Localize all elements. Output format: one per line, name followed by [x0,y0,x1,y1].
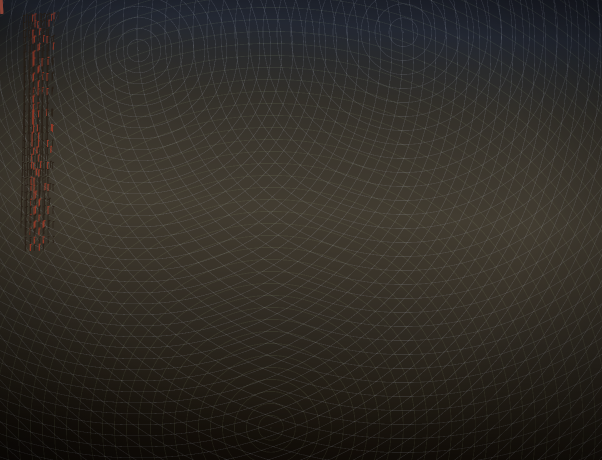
vignette-overlay [0,0,602,460]
photo-canvas [0,0,602,460]
